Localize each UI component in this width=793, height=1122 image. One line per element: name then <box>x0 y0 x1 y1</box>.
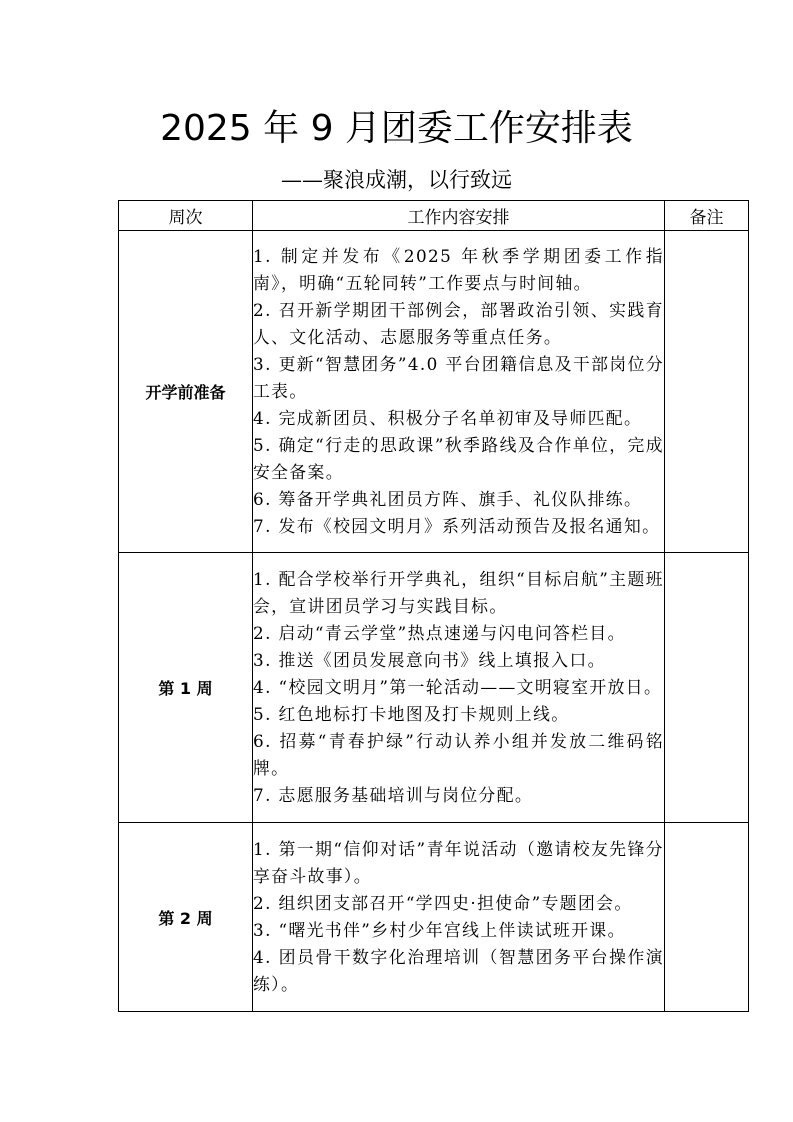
task-item: 2. 组织团支部召开“学四史·担使命”专题团会。 <box>253 890 664 917</box>
table-row: 第 2 周 1. 第一期“信仰对话”青年说活动（邀请校友先锋分享奋斗故事）。 2… <box>119 823 749 1012</box>
task-item: 5. 确定“行走的思政课”秋季路线及合作单位，完成安全备案。 <box>253 432 664 486</box>
note-cell <box>665 231 749 553</box>
note-cell <box>665 823 749 1012</box>
task-item: 7. 发布《校园文明月》系列活动预告及报名通知。 <box>253 513 664 540</box>
task-item: 4. 团员骨干数字化治理培训（智慧团务平台操作演练）。 <box>253 944 664 998</box>
task-item: 7. 志愿服务基础培训与岗位分配。 <box>253 782 664 809</box>
task-item: 1. 配合学校举行开学典礼，组织“目标启航”主题班会，宣讲团员学习与实践目标。 <box>253 566 664 620</box>
task-item: 4. 完成新团员、积极分子名单初审及导师匹配。 <box>253 405 664 432</box>
task-item: 3. 推送《团员发展意向书》线上填报入口。 <box>253 647 664 674</box>
task-item: 5. 红色地标打卡地图及打卡规则上线。 <box>253 701 664 728</box>
content-cell: 1. 制定并发布《2025 年秋季学期团委工作指南》，明确“五轮同转”工作要点与… <box>253 231 665 553</box>
schedule-table: 周次 工作内容安排 备注 开学前准备 1. 制定并发布《2025 年秋季学期团委… <box>118 200 749 1012</box>
document-subtitle: ——聚浪成潮，以行致远 <box>0 164 793 196</box>
task-item: 6. 筹备开学典礼团员方阵、旗手、礼仪队排练。 <box>253 486 664 513</box>
header-week: 周次 <box>119 201 253 231</box>
header-content: 工作内容安排 <box>253 201 665 231</box>
task-item: 6. 招募“青春护绿”行动认养小组并发放二维码铭牌。 <box>253 728 664 782</box>
content-cell: 1. 第一期“信仰对话”青年说活动（邀请校友先锋分享奋斗故事）。 2. 组织团支… <box>253 823 665 1012</box>
table-row: 第 1 周 1. 配合学校举行开学典礼，组织“目标启航”主题班会，宣讲团员学习与… <box>119 553 749 823</box>
header-note: 备注 <box>665 201 749 231</box>
document-title: 2025 年 9 月团委工作安排表 <box>0 104 793 154</box>
week-label: 第 1 周 <box>119 553 253 823</box>
task-item: 3. “曙光书伴”乡村少年宫线上伴读试班开课。 <box>253 917 664 944</box>
task-item: 1. 制定并发布《2025 年秋季学期团委工作指南》，明确“五轮同转”工作要点与… <box>253 243 664 297</box>
task-item: 2. 启动“青云学堂”热点速递与闪电问答栏目。 <box>253 620 664 647</box>
task-item: 1. 第一期“信仰对话”青年说活动（邀请校友先锋分享奋斗故事）。 <box>253 836 664 890</box>
table-row: 开学前准备 1. 制定并发布《2025 年秋季学期团委工作指南》，明确“五轮同转… <box>119 231 749 553</box>
week-label: 第 2 周 <box>119 823 253 1012</box>
task-item: 3. 更新“智慧团务”4.0 平台团籍信息及干部岗位分工表。 <box>253 351 664 405</box>
note-cell <box>665 553 749 823</box>
table-header-row: 周次 工作内容安排 备注 <box>119 201 749 231</box>
week-label: 开学前准备 <box>119 231 253 553</box>
content-cell: 1. 配合学校举行开学典礼，组织“目标启航”主题班会，宣讲团员学习与实践目标。 … <box>253 553 665 823</box>
task-item: 2. 召开新学期团干部例会，部署政治引领、实践育人、文化活动、志愿服务等重点任务… <box>253 297 664 351</box>
task-item: 4. “校园文明月”第一轮活动——文明寝室开放日。 <box>253 674 664 701</box>
